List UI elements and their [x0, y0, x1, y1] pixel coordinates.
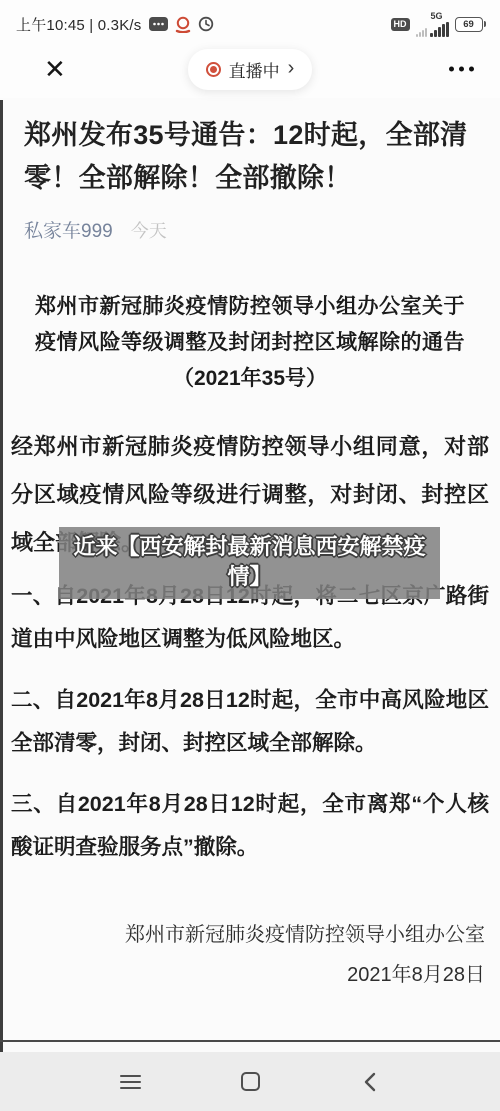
notice-signature-date: 2021年8月28日 — [11, 955, 485, 995]
publish-date: 今天 — [131, 217, 167, 243]
live-label: 直播中 — [229, 57, 280, 82]
home-square-icon — [241, 1072, 260, 1091]
notice-heading: 郑州市新冠肺炎疫情防控领导小组办公室关于疫情风险等级调整及封闭封控区域解除的通告 — [25, 289, 475, 361]
notice-document: 郑州市新冠肺炎疫情防控领导小组办公室关于疫情风险等级调整及封闭封控区域解除的通告… — [11, 289, 489, 995]
signal-5g-icon: 5G — [416, 12, 449, 37]
live-dot-icon — [206, 62, 221, 77]
hd-icon: HD — [391, 18, 410, 31]
message-icon — [149, 17, 168, 32]
notice-item-2: 二、自2021年8月28日12时起，全市中高风险地区全部清零，封闭、封控区域全部… — [11, 679, 489, 765]
time-and-speed-text: 上午10:45 | 0.3K/s — [16, 14, 142, 35]
article-title: 郑州发布35号通告：12时起，全部清零！全部解除！全部撤除！ — [24, 114, 476, 200]
byline: 私家车999 今天 — [24, 216, 476, 243]
back-chevron-icon — [364, 1072, 376, 1092]
menu-button[interactable] — [116, 1068, 144, 1096]
back-button[interactable] — [356, 1068, 384, 1096]
notice-signature-org: 郑州市新冠肺炎疫情防控领导小组办公室 — [11, 915, 485, 955]
screenshot-left-edge — [0, 100, 3, 1111]
close-icon[interactable]: ✕ — [44, 56, 66, 82]
battery-icon: 69 — [455, 17, 487, 32]
phone-screen: 上午10:45 | 0.3K/s HD 5G — [0, 0, 500, 1111]
battery-level: 69 — [463, 19, 474, 30]
page-header: ✕ 直播中 › — [0, 40, 500, 98]
chevron-right-icon: › — [288, 58, 295, 78]
menu-icon — [120, 1075, 141, 1089]
sim1-signal-icon — [430, 22, 449, 37]
notice-heading-line1: 郑州市新冠肺炎疫情防控领导小组办公室 — [35, 295, 422, 318]
notice-signature: 郑州市新冠肺炎疫情防控领导小组办公室 2021年8月28日 — [11, 915, 489, 995]
sim2-signal-icon — [416, 28, 427, 37]
notice-item-3: 三、自2021年8月28日12时起，全市离郑“个人核酸证明查验服务点”撤除。 — [11, 783, 489, 869]
more-menu-button[interactable] — [449, 67, 474, 72]
watermark-overlay: 近来【西安解封最新消息西安解禁疫情】 — [59, 527, 440, 599]
alarm-clock-icon — [175, 16, 191, 33]
author-link[interactable]: 私家车999 — [24, 216, 113, 243]
live-badge[interactable]: 直播中 › — [188, 49, 313, 90]
status-bar: 上午10:45 | 0.3K/s HD 5G — [0, 0, 500, 40]
home-button[interactable] — [236, 1068, 264, 1096]
android-nav-bar — [0, 1052, 500, 1111]
network-type-label: 5G — [430, 12, 442, 21]
notice-doc-number: （2021年35号） — [11, 361, 489, 397]
screenshot-bottom-edge — [0, 1040, 500, 1042]
clock-icon — [198, 16, 214, 32]
